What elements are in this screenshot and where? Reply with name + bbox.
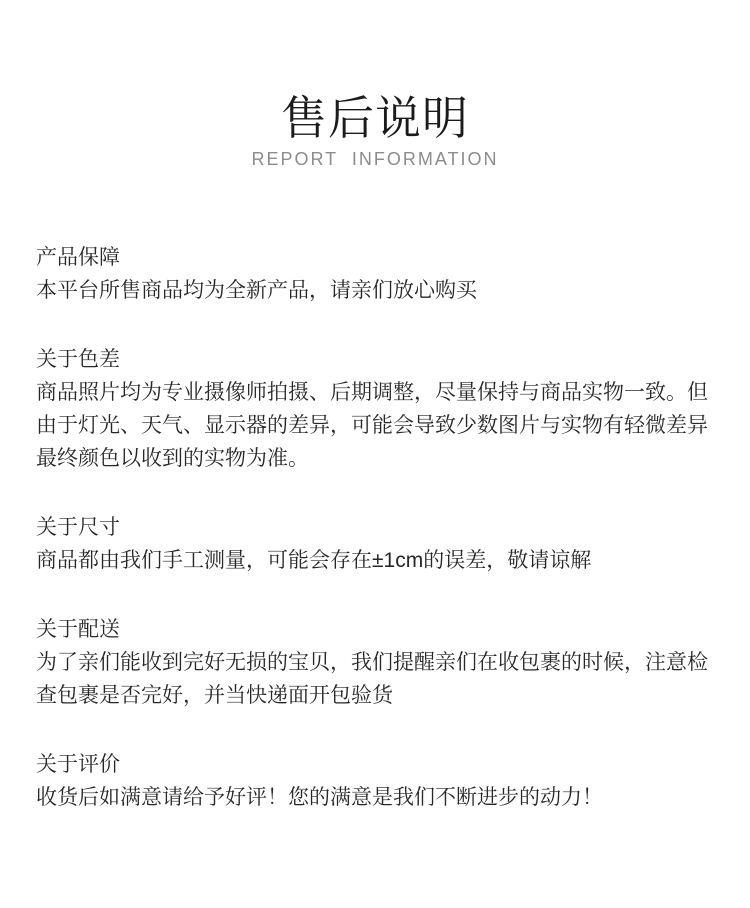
page-title: 售后说明: [0, 92, 750, 144]
after-sales-content: 产品保障 本平台所售商品均为全新产品，请亲们放心购买 关于色差 商品照片均为专业…: [36, 241, 720, 814]
section-heading: 关于尺寸: [36, 511, 720, 544]
section-heading: 关于配送: [36, 613, 720, 646]
body-line: 商品都由我们手工测量，可能会存在±1cm的误差，敬请谅解: [36, 544, 720, 577]
page-header: 售后说明 REPORT INFORMATION: [0, 0, 750, 169]
section-delivery: 关于配送 为了亲们能收到完好无损的宝贝，我们提醒亲们在收包裹的时候，注意检 查包…: [36, 613, 720, 712]
section-heading: 关于色差: [36, 343, 720, 376]
section-color-difference: 关于色差 商品照片均为专业摄像师拍摄、后期调整，尽量保持与商品实物一致。但 由于…: [36, 343, 720, 475]
body-line: 查包裹是否完好，并当快递面开包验货: [36, 679, 720, 712]
section-heading: 关于评价: [36, 748, 720, 781]
body-line: 为了亲们能收到完好无损的宝贝，我们提醒亲们在收包裹的时候，注意检: [36, 646, 720, 679]
body-line: 本平台所售商品均为全新产品，请亲们放心购买: [36, 274, 720, 307]
after-sales-page: 售后说明 REPORT INFORMATION 产品保障 本平台所售商品均为全新…: [0, 0, 750, 908]
section-product-guarantee: 产品保障 本平台所售商品均为全新产品，请亲们放心购买: [36, 241, 720, 307]
section-heading: 产品保障: [36, 241, 720, 274]
section-size: 关于尺寸 商品都由我们手工测量，可能会存在±1cm的误差，敬请谅解: [36, 511, 720, 577]
page-subtitle: REPORT INFORMATION: [0, 149, 750, 169]
body-line: 商品照片均为专业摄像师拍摄、后期调整，尽量保持与商品实物一致。但: [36, 376, 720, 409]
section-review: 关于评价 收货后如满意请给予好评！您的满意是我们不断进步的动力！: [36, 748, 720, 814]
body-line: 最终颜色以收到的实物为准。: [36, 442, 720, 475]
body-line: 收货后如满意请给予好评！您的满意是我们不断进步的动力！: [36, 781, 720, 814]
body-line: 由于灯光、天气、显示器的差异，可能会导致少数图片与实物有轻微差异: [36, 409, 720, 442]
